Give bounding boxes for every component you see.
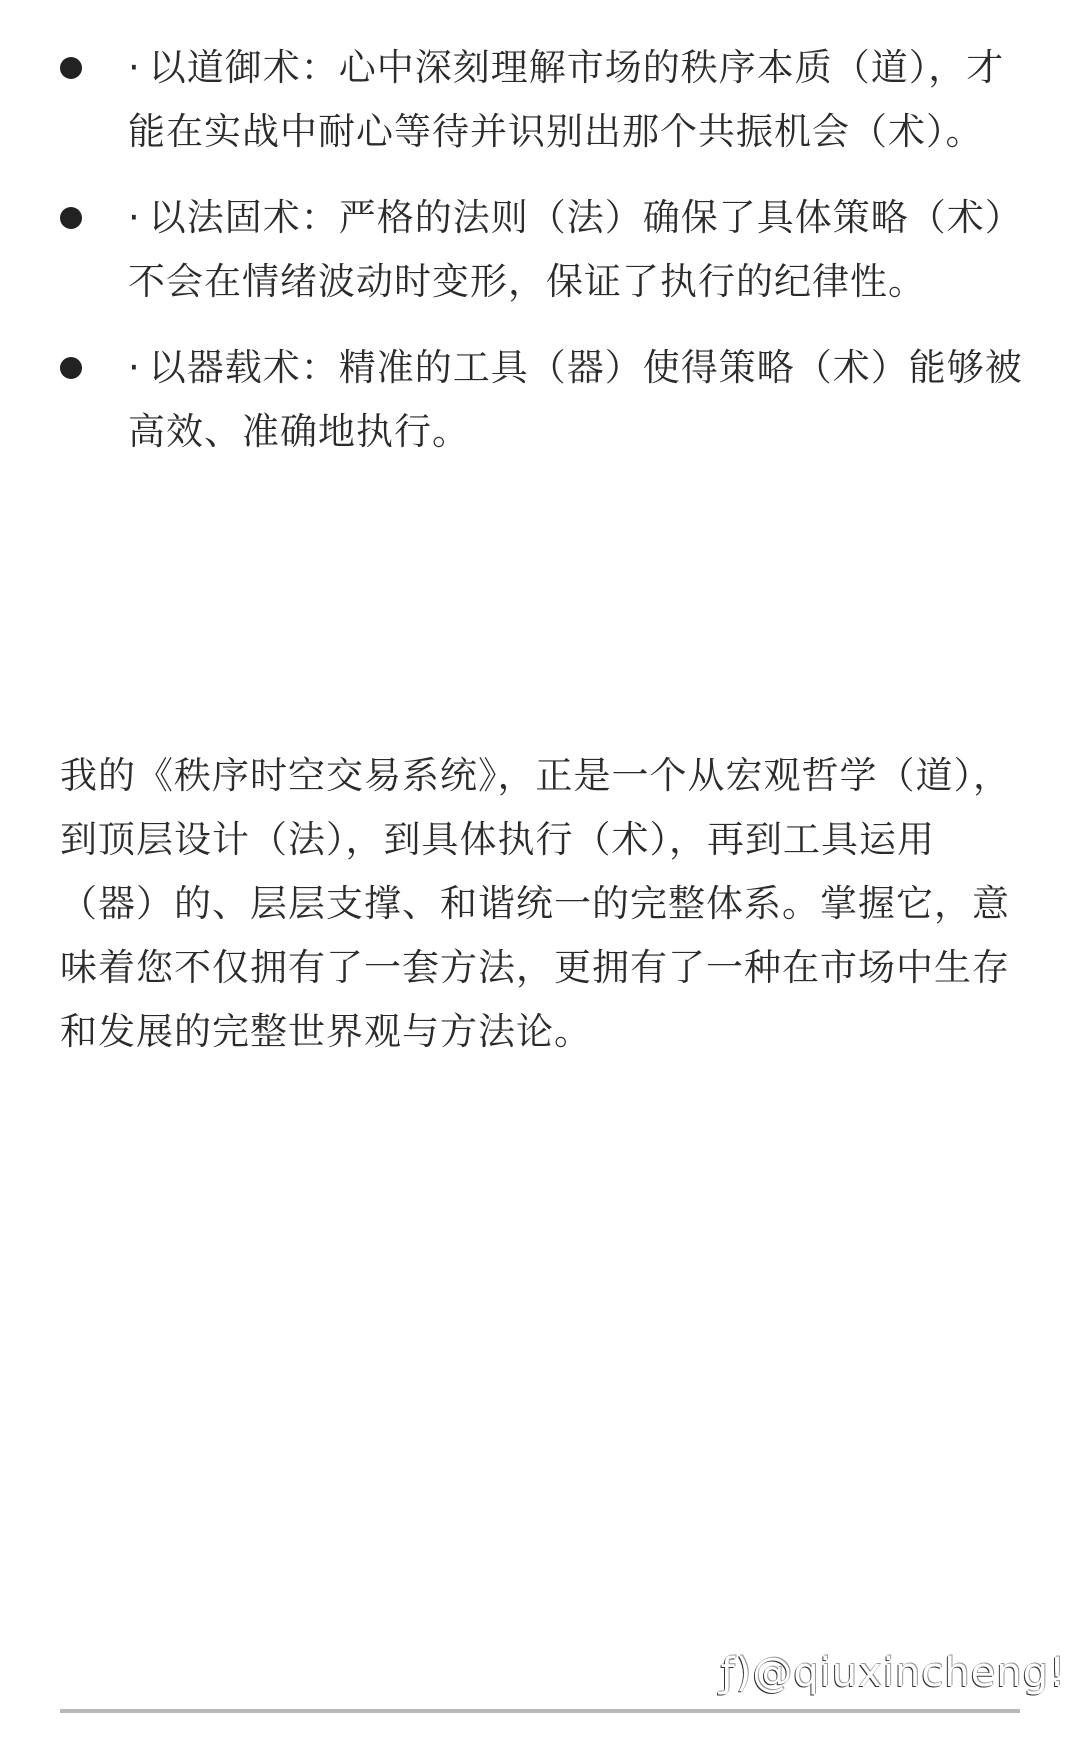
divider xyxy=(60,1709,1020,1713)
summary-paragraph: 我的《秩序时空交易系统》，正是一个从宏观哲学（道），到顶层设计（法），到具体执行… xyxy=(60,744,1026,1064)
list-item-qi: ·以器载术：精准的工具（器）使得策略（术）能够被高效、准确地执行。 xyxy=(0,336,1080,464)
middle-dot: · xyxy=(128,186,141,250)
list-item-text: 以法固术：严格的法则（法）确保了具体策略（术）不会在情绪波动时变形，保证了执行的… xyxy=(128,196,1023,303)
filled-circle-icon xyxy=(60,357,82,379)
middle-dot: · xyxy=(128,36,141,100)
list-item-text: 以道御术：心中深刻理解市场的秩序本质（道），才能在实战中耐心等待并识别出那个共振… xyxy=(128,46,1004,153)
filled-circle-icon xyxy=(60,57,82,79)
list-item-dao: ·以道御术：心中深刻理解市场的秩序本质（道），才能在实战中耐心等待并识别出那个共… xyxy=(0,36,1080,164)
filled-circle-icon xyxy=(60,207,82,229)
list-item-fa: ·以法固术：严格的法则（法）确保了具体策略（术）不会在情绪波动时变形，保证了执行… xyxy=(0,186,1080,314)
zhihu-logo-icon: ƒ) xyxy=(721,1650,753,1696)
list-item-text: 以器载术：精准的工具（器）使得策略（术）能够被高效、准确地执行。 xyxy=(128,346,1023,453)
middle-dot: · xyxy=(128,336,141,400)
watermark: ƒ)@qiuxincheng! xyxy=(721,1650,1066,1696)
principles-list: ·以道御术：心中深刻理解市场的秩序本质（道），才能在实战中耐心等待并识别出那个共… xyxy=(0,36,1080,486)
watermark-text: @qiuxincheng! xyxy=(752,1650,1066,1696)
